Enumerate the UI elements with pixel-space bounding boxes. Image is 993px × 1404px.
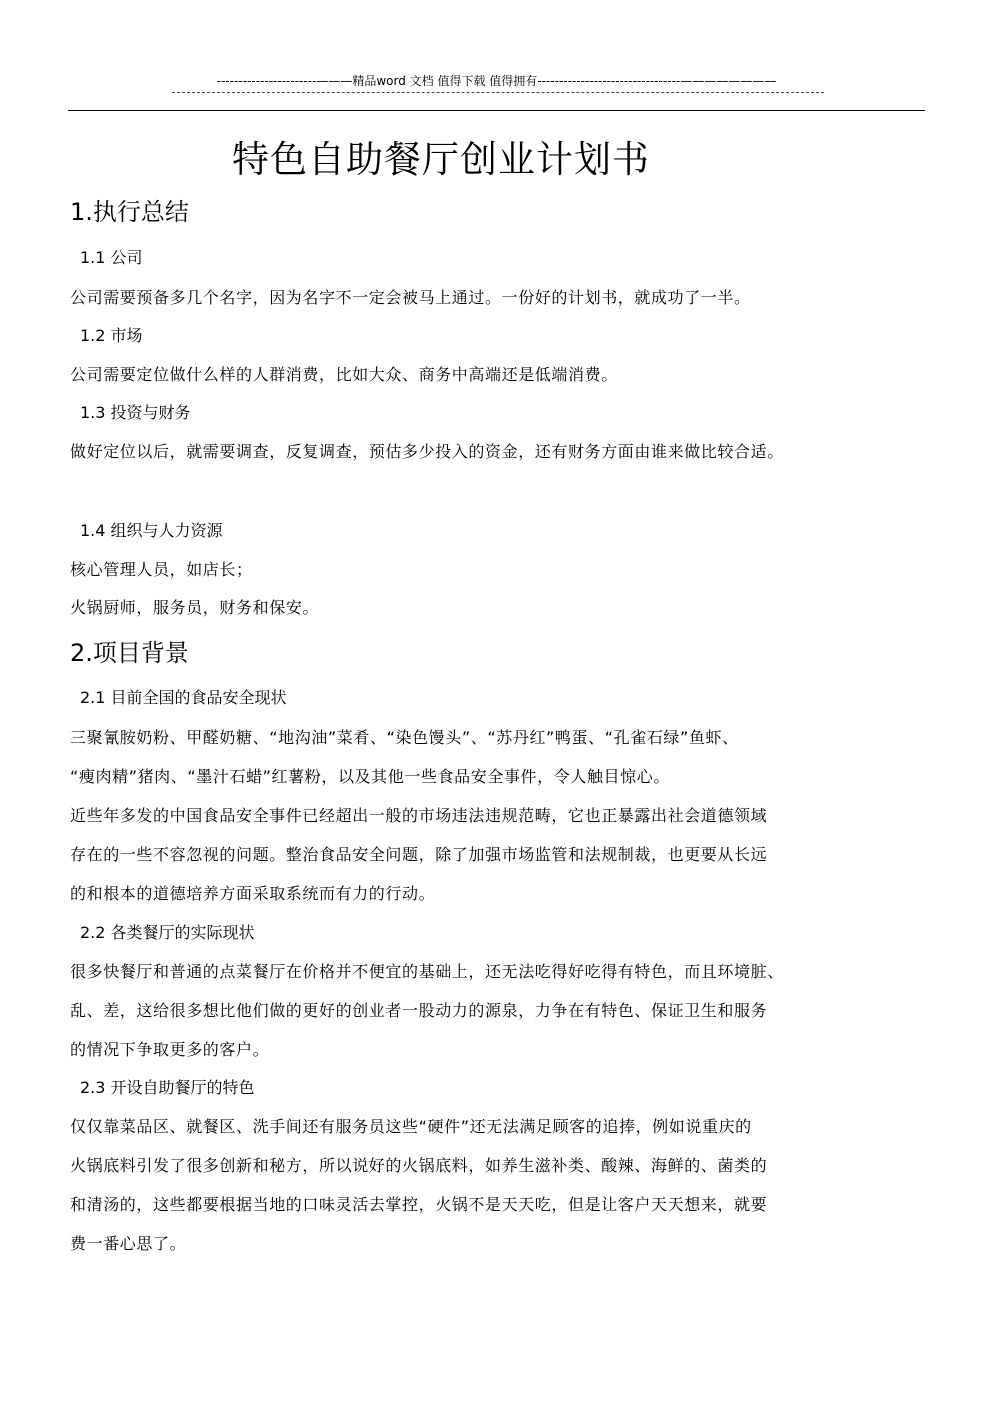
paragraph: 核心管理人员，如店长；	[70, 559, 253, 581]
paragraph: 存在的一些不容忽视的问题。整治食品安全问题，除了加强市场监管和法规制裁，也更要从…	[70, 844, 767, 866]
subsection-heading-1-3: 1.3 投资与财务	[80, 402, 191, 424]
banner-text: 精品word 文档 值得下载 值得拥有	[352, 74, 537, 88]
subsection-heading-2-3: 2.3 开设自助餐厅的特色	[80, 1077, 255, 1099]
paragraph: 的情况下争取更多的客户。	[70, 1039, 269, 1061]
paragraph: 费一番心思了。	[70, 1233, 186, 1255]
paragraph: 做好定位以后，就需要调查，反复调查，预估多少投入的资金，还有财务方面由谁来做比较…	[70, 441, 784, 463]
paragraph: 火锅底料引发了很多创新和秘方，所以说好的火锅底料，如养生滋补类、酸辣、海鲜的、菌…	[70, 1155, 767, 1177]
section-heading-2: 2.项目背景	[70, 638, 189, 668]
subsection-heading-1-4: 1.4 组织与人力资源	[80, 520, 223, 542]
subsection-heading-2-2: 2.2 各类餐厅的实际现状	[80, 922, 255, 944]
paragraph: 乱、差，这给很多想比他们做的更好的创业者一股动力的源泉，力争在有特色、保证卫生和…	[70, 1000, 767, 1022]
banner-right-dashes: ---------------------------------———————…	[537, 74, 776, 88]
subsection-heading-1-1: 1.1 公司	[80, 247, 143, 269]
paragraph: 仅仅靠菜品区、就餐区、洗手间还有服务员这些“硬件”还无法满足顾客的追捧，例如说重…	[70, 1116, 752, 1138]
header-dashed-line	[172, 92, 824, 94]
paragraph: 公司需要预备多几个名字，因为名字不一定会被马上通过。一份好的计划书，就成功了一半…	[70, 287, 751, 309]
banner-left-dashes: -----------------------———	[217, 74, 353, 88]
paragraph: 的和根本的道德培养方面采取系统而有力的行动。	[70, 883, 435, 905]
paragraph: 三聚氰胺奶粉、甲醛奶糖、“地沟油”菜肴、“染色馒头”、“苏丹红”鸭蛋、“孔雀石绿…	[70, 727, 739, 749]
paragraph: 公司需要定位做什么样的人群消费，比如大众、商务中高端还是低端消费。	[70, 364, 618, 386]
subsection-heading-2-1: 2.1 目前全国的食品安全现状	[80, 687, 287, 709]
paragraph: 火锅厨师，服务员，财务和保安。	[70, 597, 319, 619]
header-rule	[68, 110, 925, 111]
document-title: 特色自助餐厅创业计划书	[232, 137, 650, 183]
section-heading-1: 1.执行总结	[70, 197, 189, 227]
paragraph: 和清汤的，这些都要根据当地的口味灵活去掌控，火锅不是天天吃，但是让客户天天想来，…	[70, 1194, 767, 1216]
paragraph: “瘦肉精”猪肉、“墨汁石蜡”红薯粉，以及其他一些食品安全事件，令人触目惊心。	[70, 766, 670, 788]
page-header-banner: -----------------------———精品word 文档 值得下载…	[0, 73, 993, 89]
paragraph: 很多快餐厅和普通的点菜餐厅在价格并不便宜的基础上，还无法吃得好吃得有特色，而且环…	[70, 961, 784, 983]
paragraph: 近些年多发的中国食品安全事件已经超出一般的市场违法违规范畴，它也正暴露出社会道德…	[70, 805, 767, 827]
subsection-heading-1-2: 1.2 市场	[80, 325, 143, 347]
